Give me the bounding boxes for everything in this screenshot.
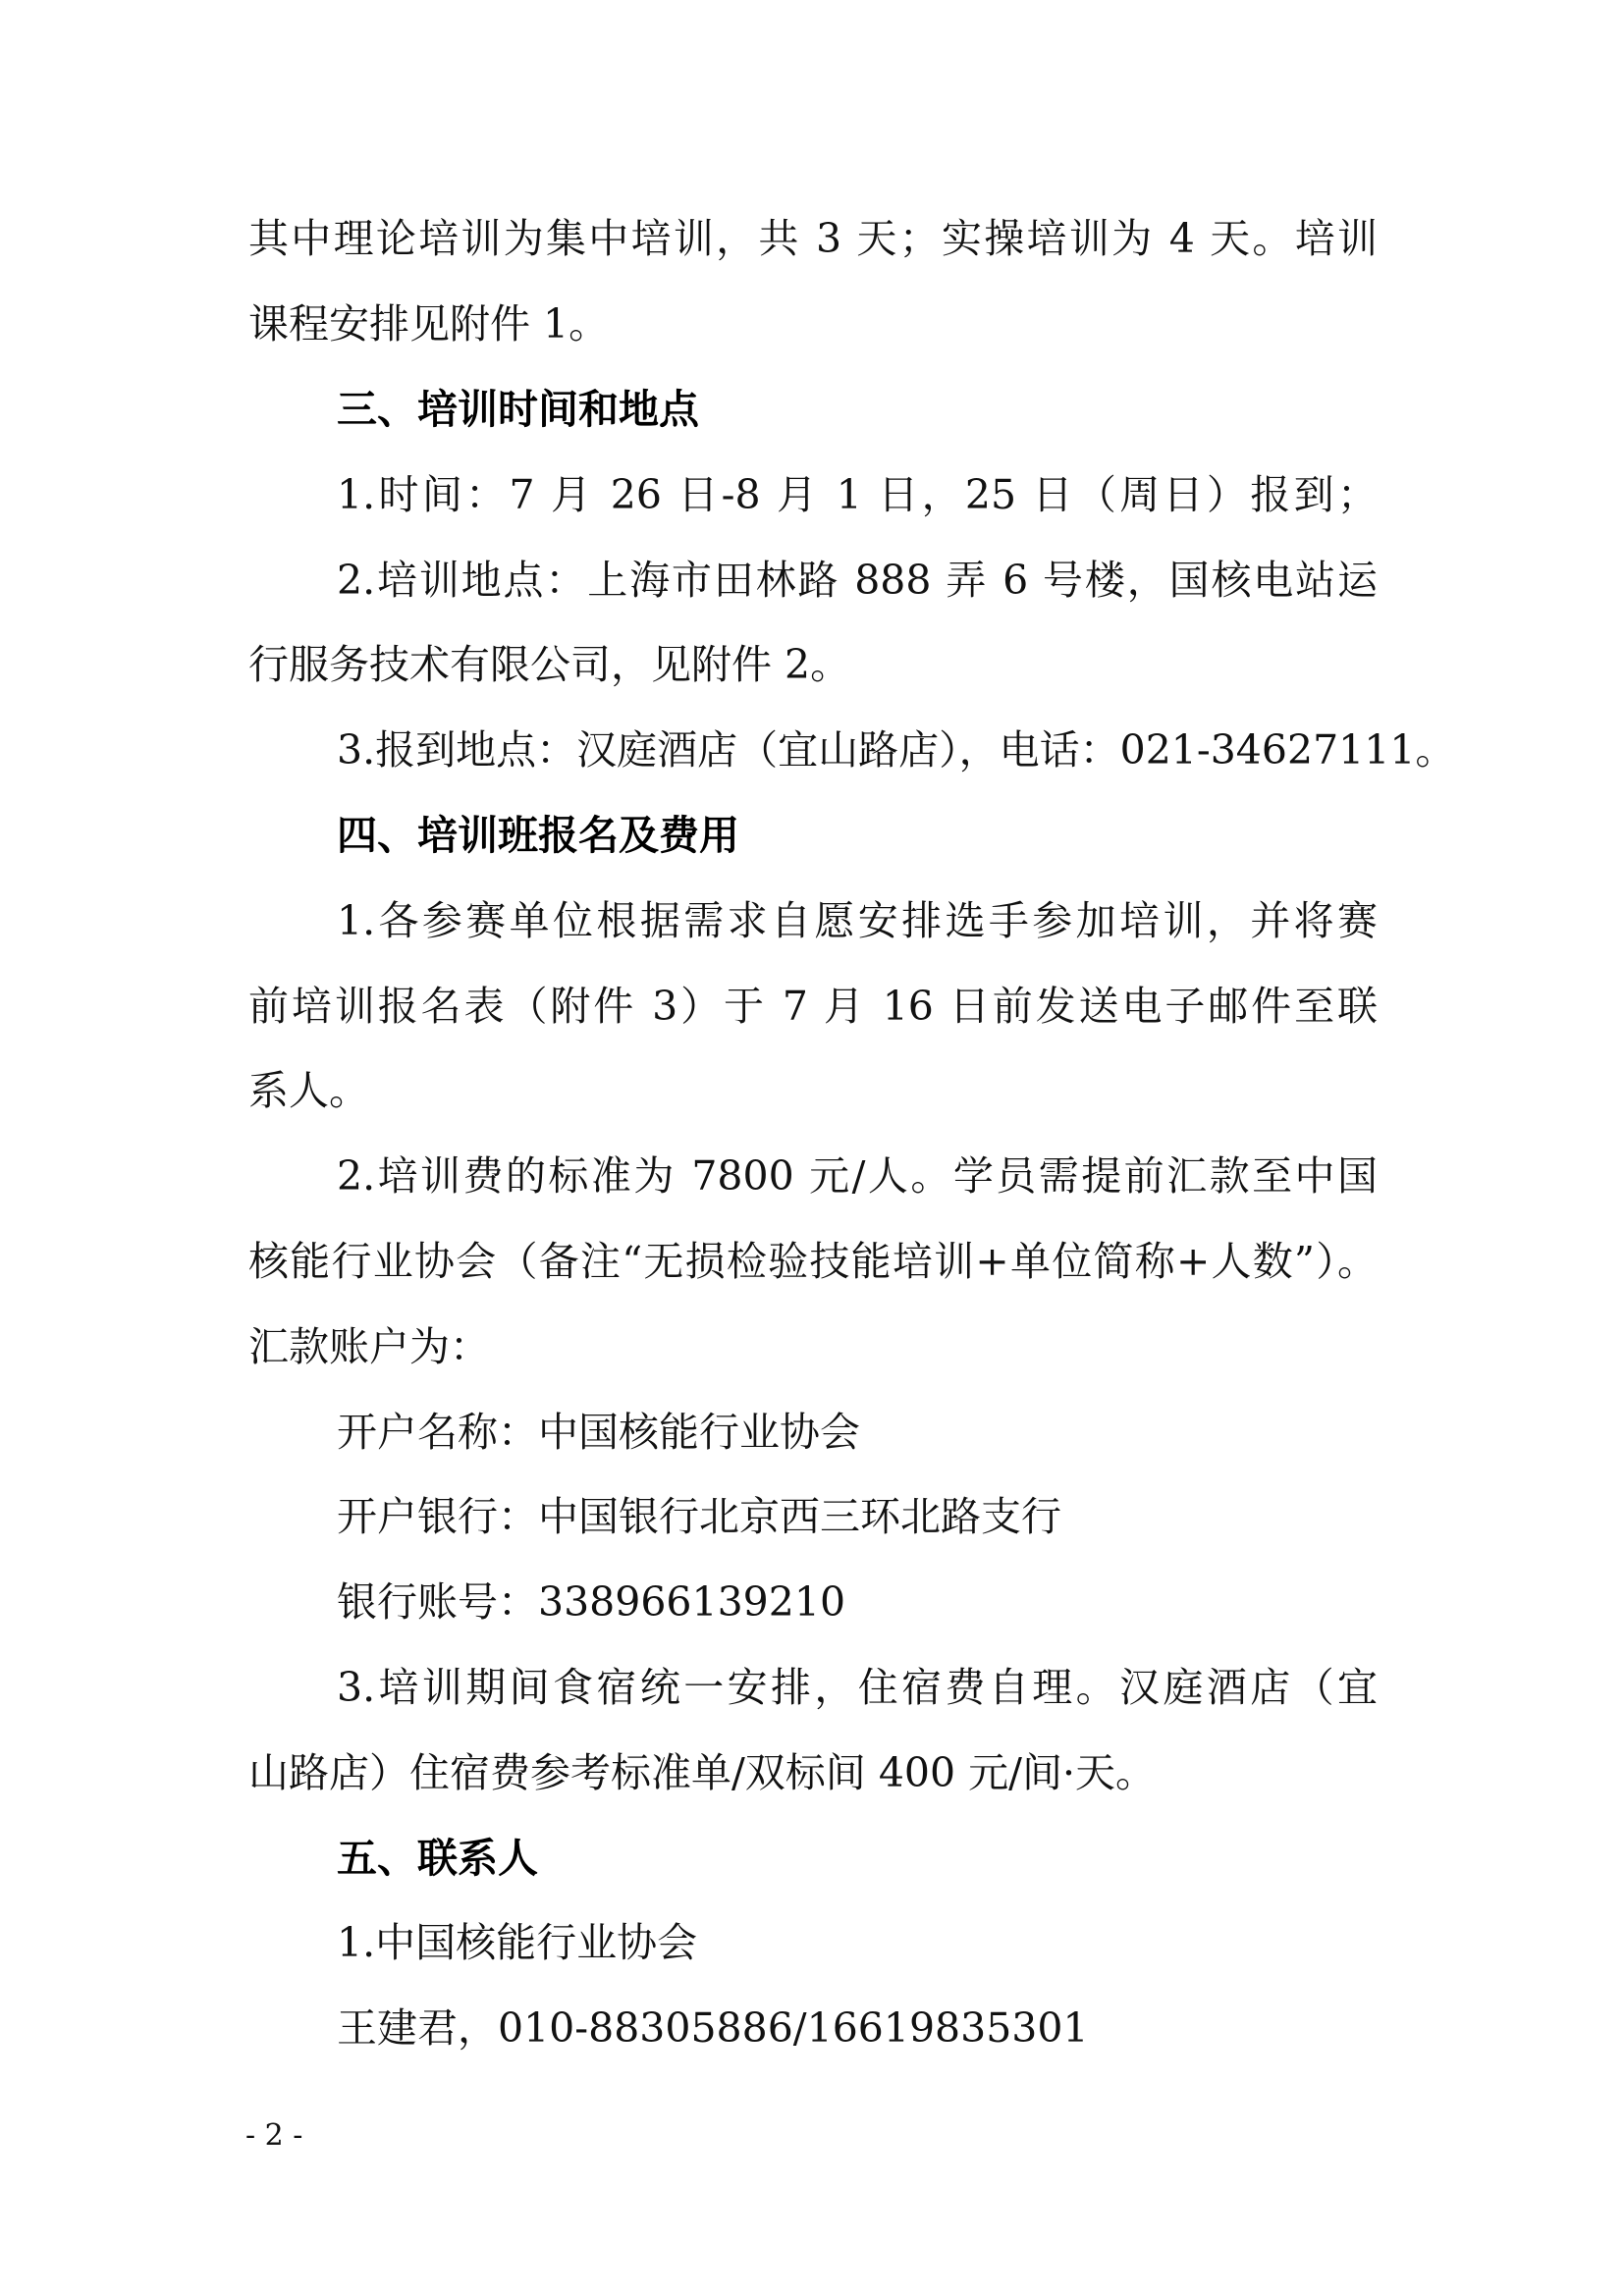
paragraph-line: 山路店）住宿费参考标准单/双标间 400 元/间·天。	[248, 1749, 1156, 1796]
paragraph-line: 汇款账户为：	[248, 1323, 490, 1370]
paragraph-line: 其中理论培训为集中培训，共 3 天；实操培训为 4 天。培训	[248, 215, 1378, 262]
page-number: - 2 -	[245, 2118, 302, 2154]
document-page: 其中理论培训为集中培训，共 3 天；实操培训为 4 天。培训 课程安排见附件 1…	[0, 0, 1624, 2296]
paragraph-line: 行服务技术有限公司，见附件 2。	[248, 641, 850, 688]
account-number-line: 银行账号：338966139210	[337, 1578, 845, 1626]
paragraph-line: 课程安排见附件 1。	[248, 300, 609, 347]
account-name-line: 开户名称：中国核能行业协会	[337, 1409, 860, 1456]
paragraph-line: 2.培训地点：上海市田林路 888 弄 6 号楼，国核电站运	[337, 557, 1378, 604]
paragraph-line: 1.时间：7 月 26 日-8 月 1 日，25 日（周日）报到；	[337, 471, 1378, 518]
section-heading-4: 四、培训班报名及费用	[337, 812, 739, 859]
paragraph-line: 前培训报名表（附件 3）于 7 月 16 日前发送电子邮件至联	[248, 983, 1378, 1030]
paragraph-line: 3.培训期间食宿统一安排，住宿费自理。汉庭酒店（宜	[337, 1664, 1378, 1711]
paragraph-line: 3.报到地点：汉庭酒店（宜山路店），电话：021-34627111。	[337, 726, 1378, 774]
contact-person-line: 王建君，010-88305886/16619835301	[337, 2004, 1089, 2052]
paragraph-line: 核能行业协会（备注“无损检验技能培训+单位简称+人数”）。	[248, 1238, 1378, 1285]
paragraph-line: 2.培训费的标准为 7800 元/人。学员需提前汇款至中国	[337, 1152, 1378, 1200]
paragraph-line: 系人。	[248, 1067, 369, 1114]
contact-org-line: 1.中国核能行业协会	[337, 1919, 697, 1966]
paragraph-line: 1.各参赛单位根据需求自愿安排选手参加培训，并将赛	[337, 897, 1378, 944]
section-heading-5: 五、联系人	[337, 1835, 538, 1882]
account-bank-line: 开户银行：中国银行北京西三环北路支行	[337, 1493, 1061, 1540]
section-heading-3: 三、培训时间和地点	[337, 386, 699, 433]
